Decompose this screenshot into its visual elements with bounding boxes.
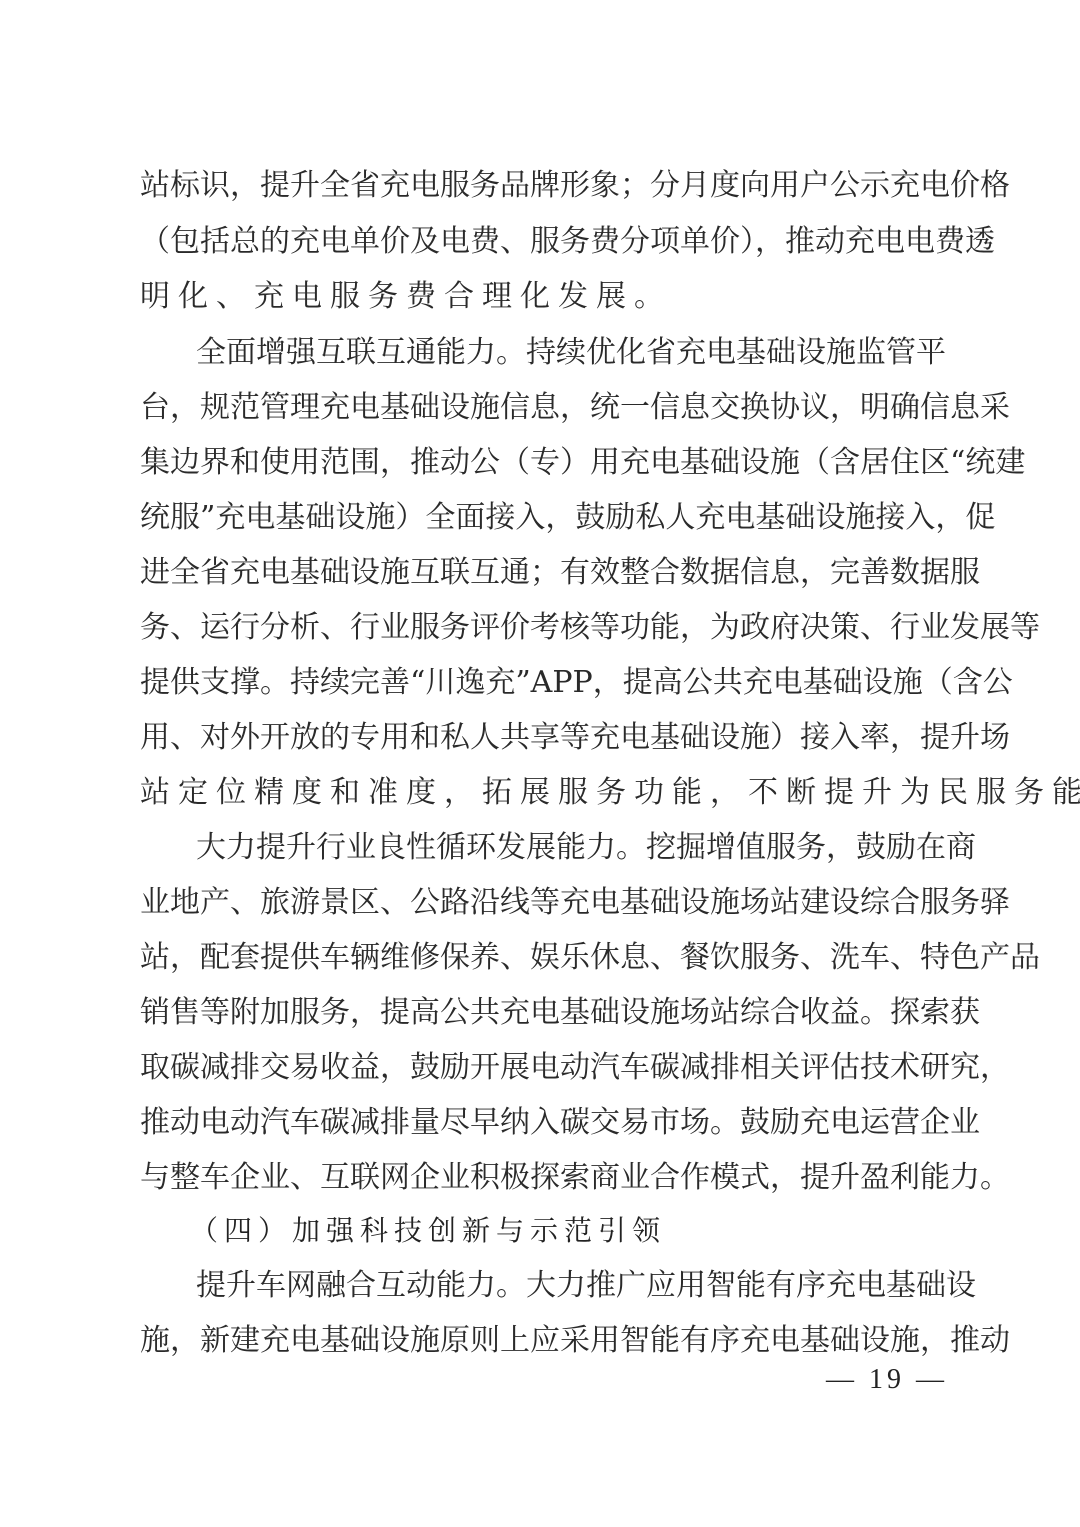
paragraph-3-line-7: 与整车企业、互联网企业积极探索商业合作模式，提升盈利能力。: [140, 1158, 942, 1198]
paragraph-1-line-2: （包括总的充电单价及电费、服务费分项单价），推动充电电费透: [140, 222, 942, 262]
paragraph-3-line-6: 推动电动汽车碳减排量尽早纳入碳交易市场。鼓励充电运营企业: [140, 1103, 942, 1143]
paragraph-2-line-5: 进全省充电基础设施互联互通；有效整合数据信息，完善数据服: [140, 553, 942, 593]
paragraph-3-line-4: 销售等附加服务，提高公共充电基础设施场站综合收益。探索获: [140, 993, 942, 1033]
paragraph-4-line-2: 施，新建充电基础设施原则上应采用智能有序充电基础设施，推动: [140, 1321, 942, 1361]
paragraph-2-line-7: 提供支撑。持续完善“川逸充”APP，提高公共充电基础设施（含公: [140, 663, 942, 703]
paragraph-1-line-1: 站标识，提升全省充电服务品牌形象；分月度向用户公示充电价格: [140, 166, 942, 206]
paragraph-2-line-3: 集边界和使用范围，推动公（专）用充电基础设施（含居住区“统建: [140, 443, 942, 483]
paragraph-2-line-9: 站定位精度和准度，拓展服务功能，不断提升为民服务能力。: [140, 773, 942, 813]
paragraph-1-line-3: 明化、充电服务费合理化发展。: [140, 277, 942, 317]
paragraph-4-line-1: 提升车网融合互动能力。大力推广应用智能有序充电基础设: [196, 1266, 942, 1306]
section-heading: （四）加强科技创新与示范引领: [190, 1211, 666, 1251]
paragraph-3-line-1: 大力提升行业良性循环发展能力。挖掘增值服务，鼓励在商: [196, 828, 942, 868]
paragraph-2-line-4: 统服”充电基础设施）全面接入，鼓励私人充电基础设施接入，促: [140, 498, 942, 538]
paragraph-2-line-2: 台，规范管理充电基础设施信息，统一信息交换协议，明确信息采: [140, 388, 942, 428]
paragraph-2-line-6: 务、运行分析、行业服务评价考核等功能，为政府决策、行业发展等: [140, 608, 942, 648]
paragraph-3-line-3: 站，配套提供车辆维修保养、娱乐休息、餐饮服务、洗车、特色产品: [140, 938, 942, 978]
paragraph-2-line-1: 全面增强互联互通能力。持续优化省充电基础设施监管平: [196, 333, 942, 373]
paragraph-3-line-2: 业地产、旅游景区、公路沿线等充电基础设施场站建设综合服务驿: [140, 883, 942, 923]
paragraph-2-line-8: 用、对外开放的专用和私人共享等充电基础设施）接入率，提升场: [140, 718, 942, 758]
document-page: 站标识，提升全省充电服务品牌形象；分月度向用户公示充电价格 （包括总的充电单价及…: [0, 0, 1080, 1527]
paragraph-3-line-5: 取碳减排交易收益，鼓励开展电动汽车碳减排相关评估技术研究，: [140, 1048, 942, 1088]
page-number: — 19 —: [826, 1360, 948, 1400]
